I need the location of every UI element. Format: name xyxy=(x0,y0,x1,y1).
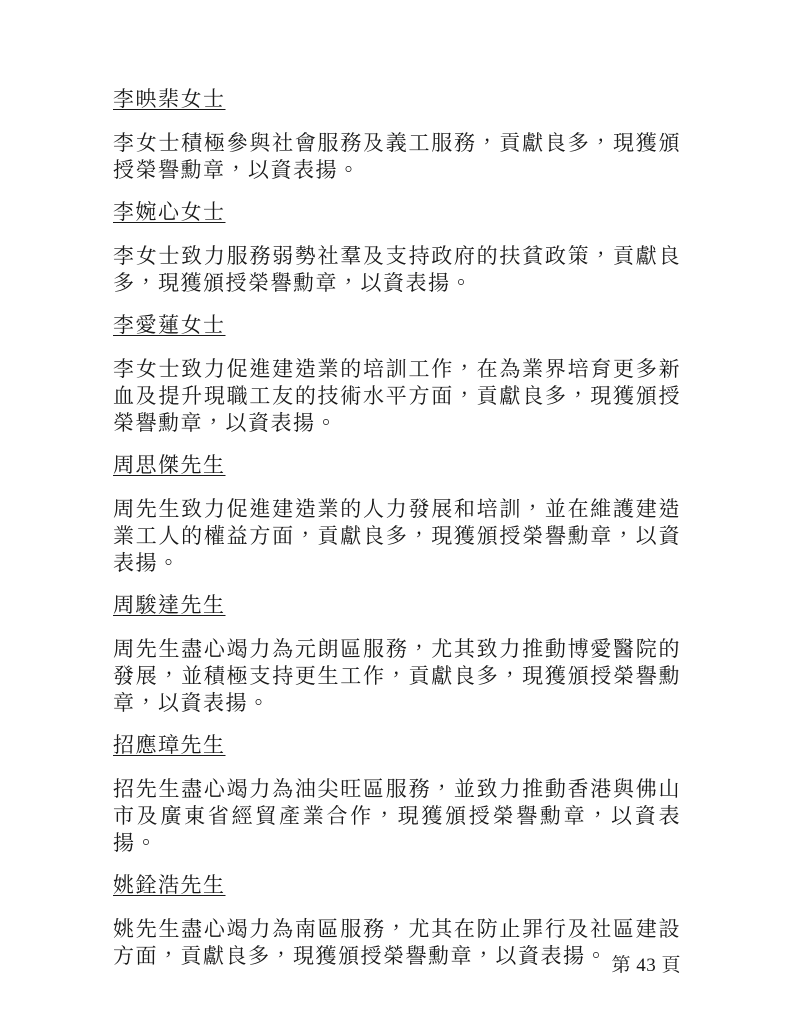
honouree-section: 周駿達先生 周先生盡心竭力為元朗區服務，尤其致力推動博愛醫院的發展，並積極支持更… xyxy=(113,592,681,717)
citation-paragraph: 李女士致力服務弱勢社羣及支持政府的扶貧政策，貢獻良多，現獲頒授榮譽勳章，以資表揚… xyxy=(113,243,681,297)
document-body: 李映棐女士 李女士積極參與社會服務及義工服務，貢獻良多，現獲頒授榮譽勳章，以資表… xyxy=(113,86,681,985)
honouree-section: 周思傑先生 周先生致力促進建造業的人力發展和培訓，並在維護建造業工人的權益方面，… xyxy=(113,452,681,577)
honouree-name-heading: 李映棐女士 xyxy=(113,86,681,113)
citation-paragraph: 李女士積極參與社會服務及義工服務，貢獻良多，現獲頒授榮譽勳章，以資表揚。 xyxy=(113,130,681,184)
honouree-name-heading: 招應璋先生 xyxy=(113,732,681,759)
honouree-name-heading: 周思傑先生 xyxy=(113,452,681,479)
citation-paragraph: 招先生盡心竭力為油尖旺區服務，並致力推動香港與佛山市及廣東省經貿產業合作，現獲頒… xyxy=(113,776,681,857)
citation-paragraph: 周先生盡心竭力為元朗區服務，尤其致力推動博愛醫院的發展，並積極支持更生工作，貢獻… xyxy=(113,636,681,717)
honouree-section: 招應璋先生 招先生盡心竭力為油尖旺區服務，並致力推動香港與佛山市及廣東省經貿產業… xyxy=(113,732,681,857)
honouree-name-heading: 姚銓浩先生 xyxy=(113,872,681,899)
citation-paragraph: 李女士致力促進建造業的培訓工作，在為業界培育更多新血及提升現職工友的技術水平方面… xyxy=(113,356,681,437)
page-number: 第 43 頁 xyxy=(113,950,681,977)
honouree-section: 李愛蓮女士 李女士致力促進建造業的培訓工作，在為業界培育更多新血及提升現職工友的… xyxy=(113,312,681,437)
document-page: 李映棐女士 李女士積極參與社會服務及義工服務，貢獻良多，現獲頒授榮譽勳章，以資表… xyxy=(0,0,791,1024)
honouree-section: 李婉心女士 李女士致力服務弱勢社羣及支持政府的扶貧政策，貢獻良多，現獲頒授榮譽勳… xyxy=(113,199,681,297)
honouree-section: 李映棐女士 李女士積極參與社會服務及義工服務，貢獻良多，現獲頒授榮譽勳章，以資表… xyxy=(113,86,681,184)
honouree-name-heading: 李愛蓮女士 xyxy=(113,312,681,339)
citation-paragraph: 周先生致力促進建造業的人力發展和培訓，並在維護建造業工人的權益方面，貢獻良多，現… xyxy=(113,496,681,577)
honouree-name-heading: 李婉心女士 xyxy=(113,199,681,226)
honouree-name-heading: 周駿達先生 xyxy=(113,592,681,619)
